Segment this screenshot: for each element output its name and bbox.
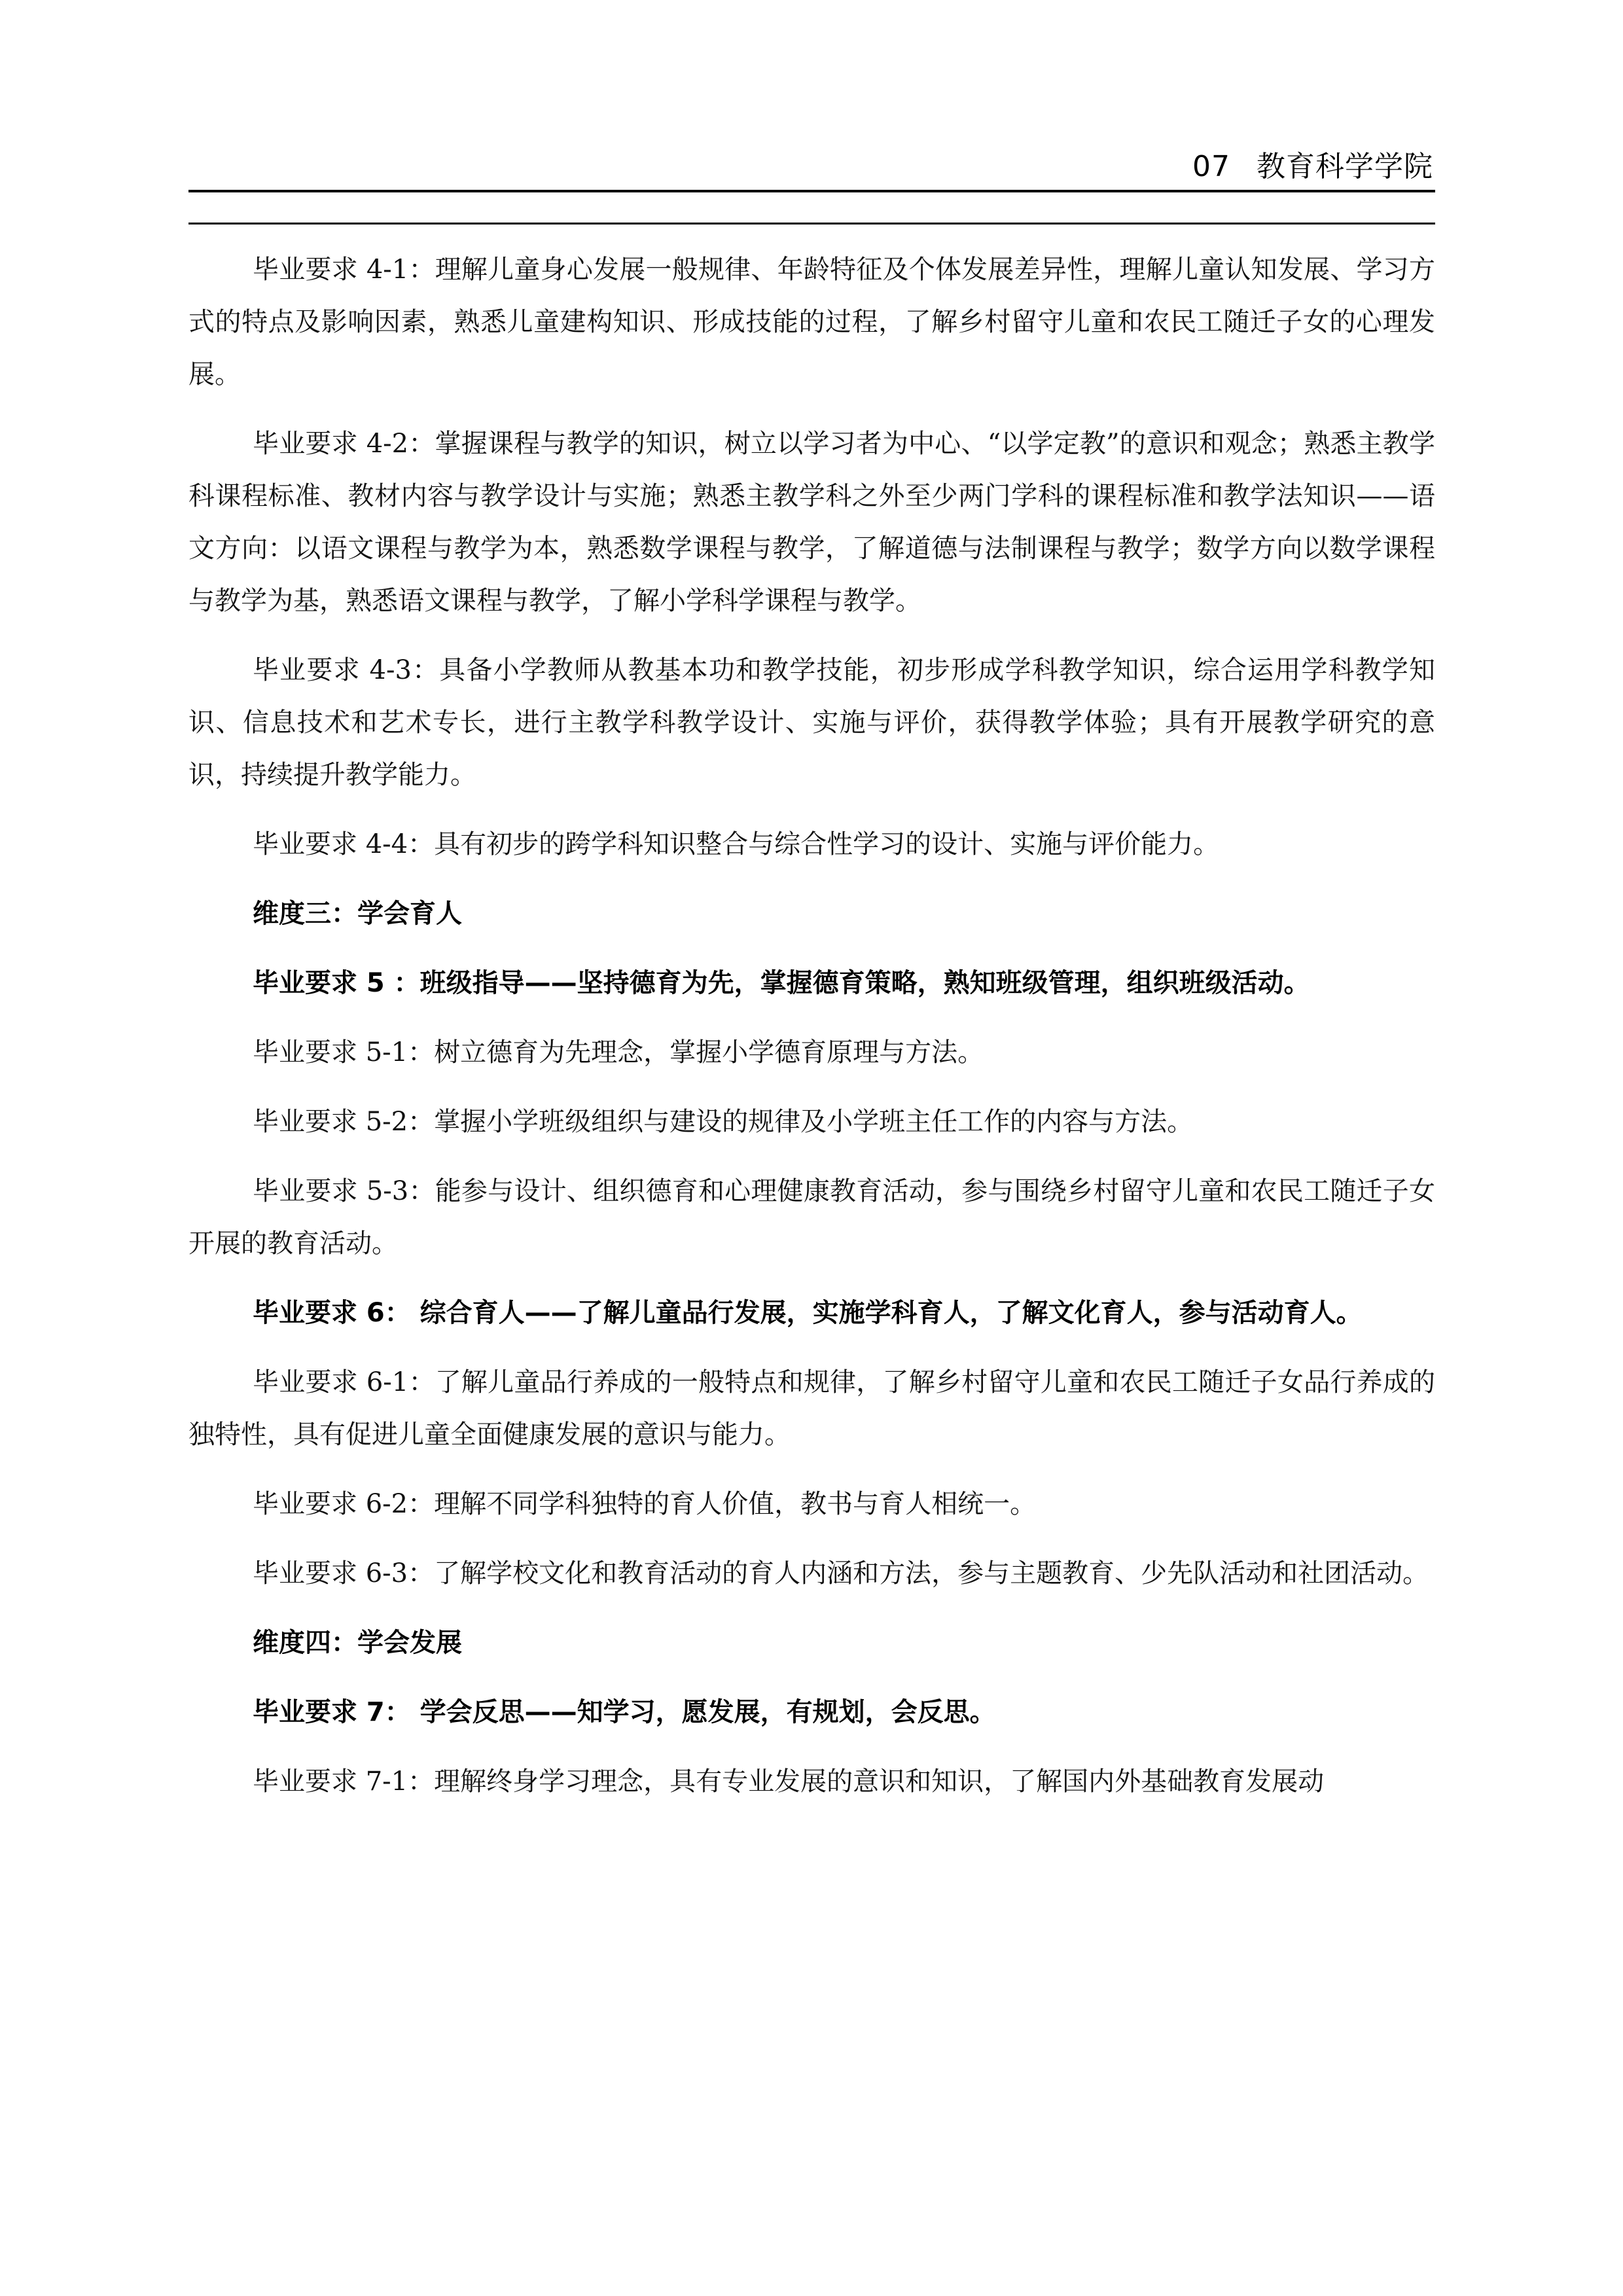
chapter-title: 教育科学学院: [1257, 150, 1433, 183]
chapter-number: 07: [1192, 150, 1230, 183]
document-page: 07教育科学学院 毕业要求 4-1：理解儿童身心发展一般规律、年龄特征及个体发展…: [0, 0, 1623, 2296]
body-text: 毕业要求 4-1：理解儿童身心发展一般规律、年龄特征及个体发展差异性，理解儿童认…: [188, 243, 1435, 1825]
requirement-6-1: 毕业要求 6-1：了解儿童品行养成的一般特点和规律，了解乡村留守儿童和农民工随迁…: [188, 1356, 1435, 1461]
requirement-6-3: 毕业要求 6-3：了解学校文化和教育活动的育人内涵和方法，参与主题教育、少先队活…: [188, 1547, 1435, 1600]
header-rule-bottom: [188, 223, 1435, 224]
requirement-5-2: 毕业要求 5-2：掌握小学班级组织与建设的规律及小学班主任工作的内容与方法。: [188, 1096, 1435, 1148]
requirement-7: 毕业要求 7： 学会反思——知学习，愿发展，有规划，会反思。: [188, 1686, 1435, 1738]
requirement-6-2: 毕业要求 6-2：理解不同学科独特的育人价值，教书与育人相统一。: [188, 1478, 1435, 1530]
requirement-4-2: 毕业要求 4-2：掌握课程与教学的知识，树立以学习者为中心、“以学定教”的意识和…: [188, 418, 1435, 627]
requirement-5-1: 毕业要求 5-1：树立德育为先理念，掌握小学德育原理与方法。: [188, 1026, 1435, 1079]
dimension-4-heading: 维度四：学会发展: [188, 1617, 1435, 1669]
requirement-5: 毕业要求 5 ：班级指导——坚持德育为先，掌握德育策略，熟知班级管理，组织班级活…: [188, 957, 1435, 1009]
header-rule-top: [188, 190, 1435, 192]
requirement-4-1: 毕业要求 4-1：理解儿童身心发展一般规律、年龄特征及个体发展差异性，理解儿童认…: [188, 243, 1435, 401]
requirement-5-3: 毕业要求 5-3：能参与设计、组织德育和心理健康教育活动，参与围绕乡村留守儿童和…: [188, 1165, 1435, 1270]
dimension-3-heading: 维度三：学会育人: [188, 888, 1435, 940]
requirement-7-1: 毕业要求 7-1：理解终身学习理念，具有专业发展的意识和知识，了解国内外基础教育…: [188, 1755, 1435, 1808]
requirement-4-3: 毕业要求 4-3：具备小学教师从教基本功和教学技能，初步形成学科教学知识，综合运…: [188, 644, 1435, 801]
requirement-4-4: 毕业要求 4-4：具有初步的跨学科知识整合与综合性学习的设计、实施与评价能力。: [188, 818, 1435, 870]
running-header: 07教育科学学院: [1192, 143, 1433, 185]
requirement-6: 毕业要求 6： 综合育人——了解儿童品行发展，实施学科育人，了解文化育人，参与活…: [188, 1287, 1435, 1339]
